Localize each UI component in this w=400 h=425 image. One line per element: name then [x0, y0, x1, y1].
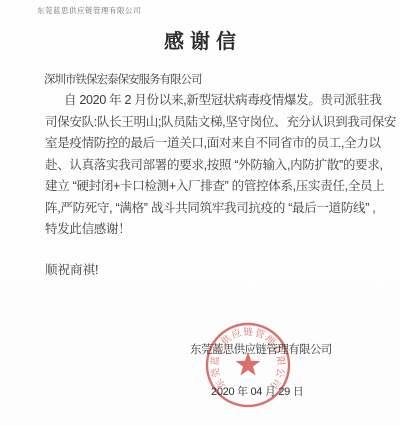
body-line: 自 2020 年 2 月份以来,新型冠状病毒疫情爆发。贵司派驻我 — [45, 90, 379, 112]
scanned-thank-you-letter: 东莞蓝思供应链管理有限公司 感谢信 深圳市铁保宏泰保安服务有限公司 自 2020… — [0, 0, 400, 425]
signature-company-name: 东莞蓝思供应链管理有限公司 — [190, 341, 332, 357]
letter-body-paragraph: 自 2020 年 2 月份以来,新型冠状病毒疫情爆发。贵司派驻我 司保安队:队长… — [45, 90, 379, 241]
body-line: 赴、认真落实我司部署的要求,按照 “外防输入,内防扩散”的要求, — [45, 155, 379, 177]
signature-date: 2020 年 04 月 29 日 — [211, 383, 303, 399]
letterhead-company-name: 东莞蓝思供应链管理有限公司 — [37, 5, 141, 16]
body-line: 特发此信感谢！ — [45, 219, 379, 241]
body-line: 室是疫情防控的最后一道关口,面对来自不同省市的员工,全力以 — [45, 133, 379, 155]
body-line: 阵,严防死守, “满格” 战斗共同筑牢我司抗疫的 “最后一道防线” , — [45, 198, 379, 220]
closing-salutation: 顺祝商祺! — [45, 260, 98, 278]
company-seal-stamp: 东莞蓝思供应链管理有限公司 — [193, 310, 303, 420]
body-line: 司保安队:队长王明山;队员陆文梯,坚守岗位、充分认识到我司保安 — [45, 112, 379, 134]
body-line: 建立 “硬封闭+卡口检测+入厂排查” 的管控体系,压实责任,全员上 — [45, 176, 379, 198]
letter-title: 感谢信 — [0, 25, 400, 54]
recipient-company-line: 深圳市铁保宏泰保安服务有限公司 — [44, 71, 202, 87]
